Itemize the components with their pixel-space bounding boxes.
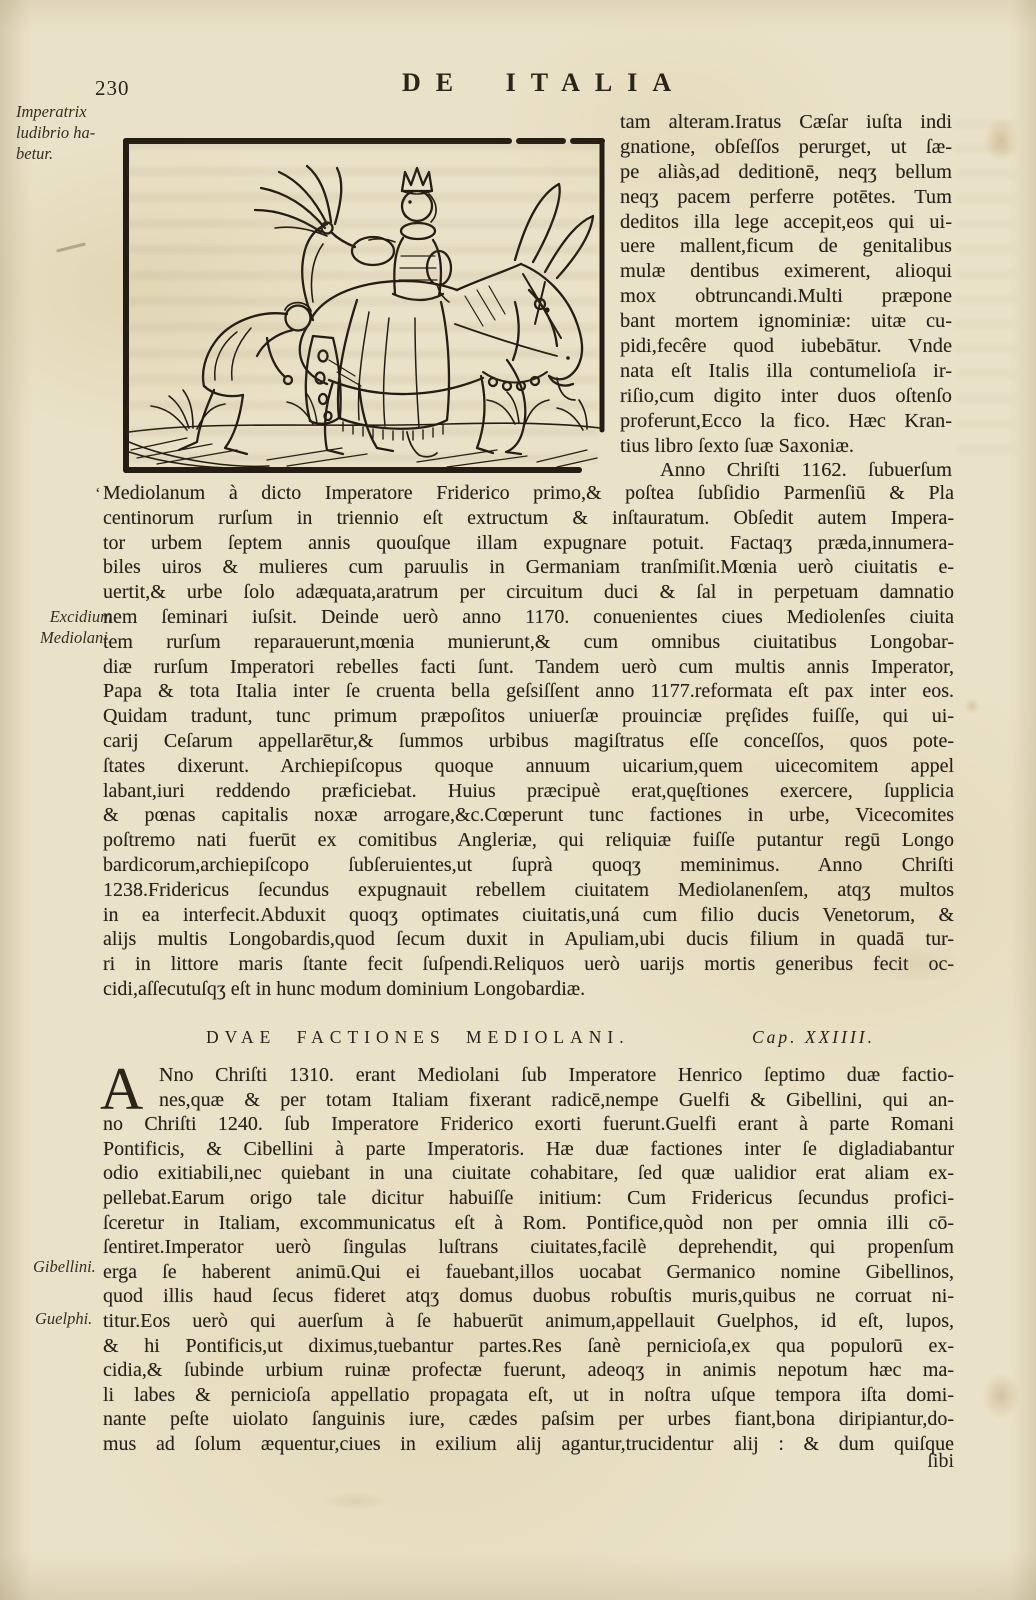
- woodcut-illustration: [117, 131, 609, 479]
- text-line: Quidam tradunt, tunc primum præpoſitos u…: [103, 704, 954, 729]
- chapter-text-block: Nno Chriſti 1310. erant Mediolani ſub Im…: [103, 1063, 954, 1457]
- margin-note-line: Excidium: [18, 606, 112, 627]
- text-line: gnatione, obſeſſos perurget, ut ſæ-: [620, 135, 952, 160]
- text-line: & hi Pontificis,ut diximus,tuebantur par…: [103, 1334, 954, 1359]
- margin-note-excidium: ExcidiumMediolani.: [18, 606, 112, 648]
- text-line: in ea interfecit.Abduxit quoqʒ optimates…: [103, 903, 954, 928]
- margin-note-line: Imperatrix: [16, 101, 120, 122]
- paper-showthrough: [956, 120, 1014, 460]
- text-line: Nno Chriſti 1310. erant Mediolani ſub Im…: [103, 1063, 954, 1088]
- text-line: uere mallent,ficum de genitalibus: [620, 234, 952, 259]
- text-line: erga ſe haberent animū.Qui ei fauebant,i…: [103, 1260, 954, 1285]
- text-line: biles uiros & mulieres cum paruulis in G…: [103, 555, 954, 580]
- text-line: riſio,cum digito inter duos oſtenſo: [620, 384, 952, 409]
- margin-note-line: betur.: [16, 143, 120, 164]
- running-title: DE ITALIA: [402, 68, 686, 98]
- margin-note-line: Mediolani.: [18, 627, 112, 648]
- text-line: ri in littore maris ſtante fecit ſuſpend…: [103, 952, 954, 977]
- text-line: Papa & tota Italia inter ſe cruenta bell…: [103, 679, 954, 704]
- text-line: odio exitiabili,nec quiebant in una ciui…: [103, 1161, 954, 1186]
- text-line: diæ rurſum Imperatori rebelles facti ſun…: [103, 655, 954, 680]
- text-line: ſceretur in Italiam, excommunicatus eſt …: [103, 1211, 954, 1236]
- text-line: nes,quæ & per totam Italiam fixerant rad…: [103, 1088, 954, 1113]
- text-line: nata eſt Italis illa contumelioſa ir-: [620, 359, 952, 384]
- text-line: titur.Eos uerò qui auerſum à ſe habuerūt…: [103, 1309, 954, 1334]
- text-line: nem ſeminari iuſsit. Deinde uerò anno 11…: [103, 605, 954, 630]
- text-line: labant,iuri reddendo præficiebat. Huius …: [103, 779, 954, 804]
- text-line: Anno Chriſti 1162. ſubuerſum: [620, 458, 952, 483]
- text-line: ſentiret.Imperator uerò ſingulas luſtran…: [103, 1235, 954, 1260]
- right-column-text: tam alteram.Iratus Cæſar iuſta indignati…: [620, 110, 952, 483]
- text-line: Pontificis, & Cibellini à parte Imperato…: [103, 1137, 954, 1162]
- text-line: carij Ceſarum appellarētur,& ſummos urbi…: [103, 729, 954, 754]
- text-line: ſtates dixerunt. Archiepiſcopus quoque a…: [103, 754, 954, 779]
- text-line: tius libro ſexto ſuæ Saxoniæ.: [620, 434, 952, 459]
- text-line: 1238.Fridericus ſecundus expugnauit rebe…: [103, 878, 954, 903]
- text-line: Mediolanum à dicto Imperatore Friderico …: [103, 481, 954, 506]
- text-line: quod illis haud ſecus fideret atqʒ domus…: [103, 1284, 954, 1309]
- text-line: uertit,& urbe ſolo adæquata,aratrum per …: [103, 580, 954, 605]
- text-line: li labes & pernicioſa appellatio propaga…: [103, 1383, 954, 1408]
- pencil-mark: [56, 242, 86, 252]
- page-number: 230: [95, 76, 130, 101]
- text-line: tor urbem ſeptem annis quouſque illam ex…: [103, 531, 954, 556]
- text-line: deditos illa lege accepit,eos qui ui-: [620, 210, 952, 235]
- text-line: pe aliàs,ad deditionē, neqʒ bellum: [620, 160, 952, 185]
- text-line: mulæ dentibus eximerent, alioqui: [620, 259, 952, 284]
- text-line: & pœnas capitalis noxæ arrogare,&c.Cœper…: [103, 803, 954, 828]
- text-line: cidi,aſſecutuſqʒ eſt in hunc modum domin…: [103, 977, 954, 1002]
- text-line: tem rurſum reparauerunt,mœnia munierunt,…: [103, 630, 954, 655]
- text-line: centinorum rurſum in triennio eſt extruc…: [103, 506, 954, 531]
- catchword: ſibi: [103, 1450, 954, 1473]
- main-text-block: Mediolanum à dicto Imperatore Friderico …: [103, 481, 954, 1002]
- margin-note-imperatrix: Imperatrixludibrio ha-betur.: [16, 101, 120, 164]
- paper-stain: [982, 1372, 1020, 1420]
- margin-note-line: ludibrio ha-: [16, 122, 120, 143]
- woodcut-drawing: [117, 131, 609, 479]
- text-line: bardicorum,archiepiſcopo ſubſeruientes,u…: [103, 853, 954, 878]
- text-line: mox obtruncandi.Multi præpone: [620, 284, 952, 309]
- lead-quote-mark: ‘: [95, 484, 101, 504]
- text-line: nante peſte uiolato ſanguinis iure, cæde…: [103, 1407, 954, 1432]
- chapter-title: DVAE FACTIONES MEDIOLANI.: [206, 1027, 630, 1048]
- text-line: alijs multis Longobardis,quod ſecum duxi…: [103, 927, 954, 952]
- text-line: no Chriſti 1240. ſub Imperatore Frideric…: [103, 1112, 954, 1137]
- text-line: tam alteram.Iratus Cæſar iuſta indi: [620, 110, 952, 135]
- paper-stain: [320, 1492, 390, 1510]
- text-line: pidi,fecêre quod iubebātur. Vnde: [620, 334, 952, 359]
- chapter-number: Cap. XXIIII.: [752, 1027, 875, 1048]
- text-line: proferunt,Ecco la fico. Hæc Kran-: [620, 409, 952, 434]
- text-line: neqʒ pacem perferre potētes. Tum: [620, 185, 952, 210]
- margin-note-line: Gibellini.: [33, 1256, 113, 1277]
- paper-stain: [983, 118, 1019, 162]
- margin-note-gibellini: Gibellini.: [33, 1256, 113, 1277]
- text-line: pellebat.Earum origo tale dicitur habuiſ…: [103, 1186, 954, 1211]
- paper-stain: [964, 698, 980, 714]
- book-page-scan: { "header": { "page_number": "230", "run…: [0, 0, 1036, 1600]
- text-line: cidia,& ſubinde urbium ruinæ profectæ fu…: [103, 1358, 954, 1383]
- chapter-heading-row: DVAE FACTIONES MEDIOLANI. Cap. XXIIII.: [0, 1027, 1036, 1051]
- text-line: poſtremo nati fuerūt ex comitibus Angler…: [103, 828, 954, 853]
- text-line: bant mortem ignominiæ: uitæ cu-: [620, 309, 952, 334]
